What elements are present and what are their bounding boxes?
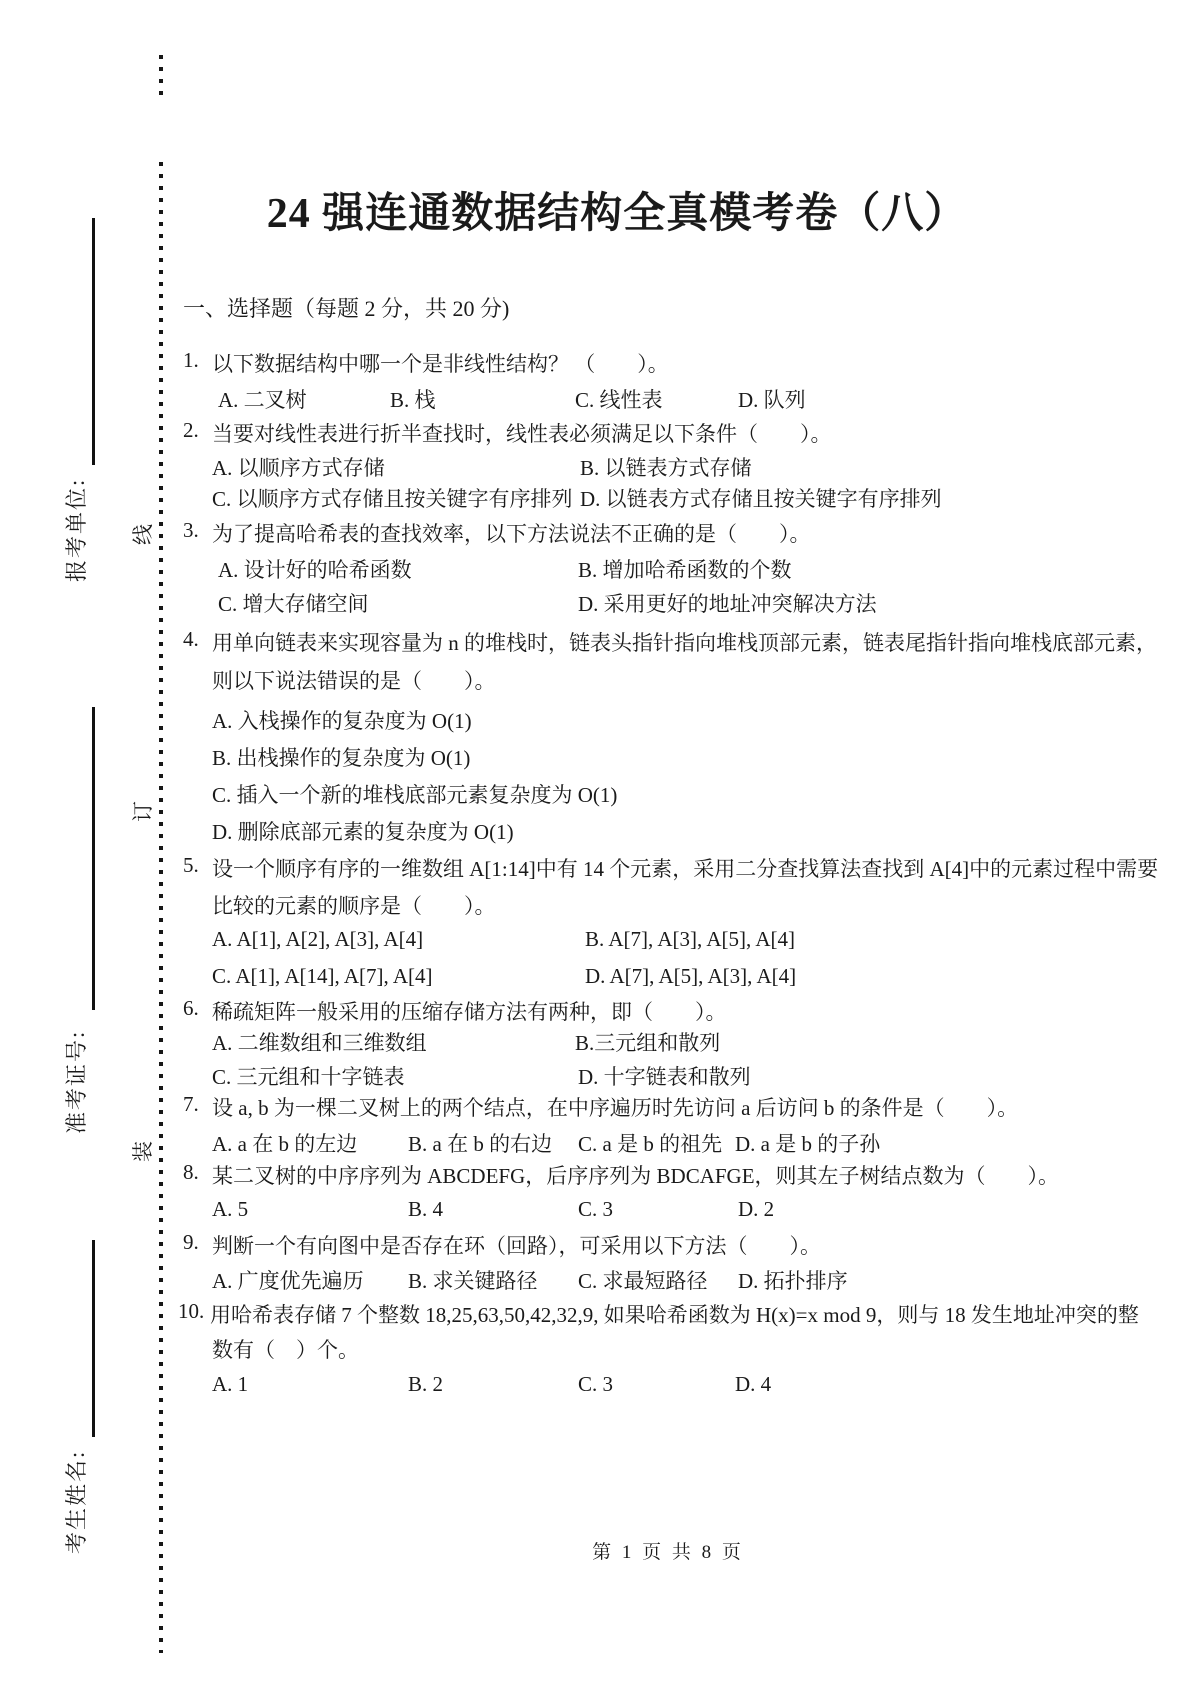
- question-5-line-1: 5.设一个顺序有序的一维数组 A[1:14]中有 14 个元素，采用二分查找算法…: [0, 853, 1190, 883]
- question-4-text: 用单向链表来实现容量为 n 的堆栈时，链表头指针指向堆栈顶部元素，链表尾指针指向…: [212, 627, 1157, 657]
- question-7-option: D. a 是 b 的子孙: [735, 1128, 880, 1158]
- question-4-options-row-1: A. 入栈操作的复杂度为 O(1): [0, 705, 1190, 735]
- question-4-options-row-4: D. 删除底部元素的复杂度为 O(1): [0, 816, 1190, 846]
- perforation-dotted-line-top: [159, 55, 163, 101]
- question-9-option: B. 求关键路径: [408, 1265, 538, 1295]
- question-10-text: 数有（ ）个。: [212, 1334, 359, 1364]
- question-7-option: A. a 在 b 的左边: [212, 1128, 357, 1158]
- question-1-option: C. 线性表: [575, 384, 663, 414]
- question-4-number: 4.: [183, 627, 199, 652]
- question-9-option: A. 广度优先遍历: [212, 1265, 364, 1295]
- question-5-number: 5.: [183, 853, 199, 878]
- question-8-text: 某二叉树的中序序列为 ABCDEFG，后序序列为 BDCAFGE，则其左子树结点…: [212, 1160, 1059, 1190]
- question-2-options-row-2: C. 以顺序方式存储且按关键字有序排列D. 以链表方式存储且按关键字有序排列: [0, 483, 1190, 513]
- question-6-option: C. 三元组和十字链表: [212, 1061, 405, 1091]
- question-6-options-row-1: A. 二维数组和三维数组B.三元组和散列: [0, 1027, 1190, 1057]
- question-4-options-row-3: C. 插入一个新的堆栈底部元素复杂度为 O(1): [0, 779, 1190, 809]
- page-footer: 第 1 页 共 8 页: [0, 1537, 1190, 1564]
- question-5-option: D. A[7], A[5], A[3], A[4]: [585, 964, 796, 989]
- question-1-option: D. 队列: [738, 384, 806, 414]
- question-10-option: A. 1: [212, 1372, 248, 1397]
- question-10-line-1: 10.用哈希表存储 7 个整数 18,25,63,50,42,32,9, 如果哈…: [0, 1299, 1190, 1329]
- question-7-line-1: 7.设 a, b 为一棵二叉树上的两个结点，在中序遍历时先访问 a 后访问 b …: [0, 1092, 1190, 1122]
- question-4-text: 则以下说法错误的是（ ）。: [212, 665, 496, 695]
- exam-paper-page: 报考单位: 准考证号: 考生姓名: 线 订 装 24 强连通数据结构全真模考卷（…: [0, 0, 1190, 1683]
- question-5-line-2: 比较的元素的顺序是（ ）。: [0, 890, 1190, 920]
- question-4-line-2: 则以下说法错误的是（ ）。: [0, 665, 1190, 695]
- question-3-number: 3.: [183, 518, 199, 543]
- question-6-option: D. 十字链表和散列: [578, 1061, 751, 1091]
- question-1-line-1: 1.以下数据结构中哪一个是非线性结构？ （ ）。: [0, 348, 1190, 378]
- question-8-options-row-1: A. 5B. 4C. 3D. 2: [0, 1197, 1190, 1227]
- question-2-option: A. 以顺序方式存储: [212, 452, 385, 482]
- question-10-option: C. 3: [578, 1372, 613, 1397]
- question-2-line-1: 2.当要对线性表进行折半查找时，线性表必须满足以下条件（ ）。: [0, 418, 1190, 448]
- question-9-number: 9.: [183, 1230, 199, 1255]
- question-4-line-1: 4.用单向链表来实现容量为 n 的堆栈时，链表头指针指向堆栈顶部元素，链表尾指针…: [0, 627, 1190, 657]
- question-6-line-1: 6.稀疏矩阵一般采用的压缩存储方法有两种，即（ ）。: [0, 996, 1190, 1026]
- question-3-options-row-2: C. 增大存储空间D. 采用更好的地址冲突解决方法: [0, 588, 1190, 618]
- question-2-option: B. 以链表方式存储: [580, 452, 752, 482]
- question-3-text: 为了提高哈希表的查找效率，以下方法说法不正确的是（ ）。: [212, 518, 811, 548]
- question-6-option: B.三元组和散列: [575, 1027, 720, 1057]
- question-6-options-row-2: C. 三元组和十字链表D. 十字链表和散列: [0, 1061, 1190, 1091]
- question-8-option: A. 5: [212, 1197, 248, 1222]
- question-5-text: 设一个顺序有序的一维数组 A[1:14]中有 14 个元素，采用二分查找算法查找…: [212, 853, 1158, 883]
- question-3-option: D. 采用更好的地址冲突解决方法: [578, 588, 877, 618]
- question-7-number: 7.: [183, 1092, 199, 1117]
- question-8-option: B. 4: [408, 1197, 443, 1222]
- question-1-text: 以下数据结构中哪一个是非线性结构？ （ ）。: [212, 348, 669, 378]
- question-5-option: C. A[1], A[14], A[7], A[4]: [212, 964, 432, 989]
- question-1-option: A. 二叉树: [218, 384, 307, 414]
- question-9-options-row-1: A. 广度优先遍历B. 求关键路径C. 求最短路径D. 拓扑排序: [0, 1265, 1190, 1295]
- question-6-number: 6.: [183, 996, 199, 1021]
- question-4-option: A. 入栈操作的复杂度为 O(1): [212, 705, 472, 735]
- question-2-option: D. 以链表方式存储且按关键字有序排列: [580, 483, 942, 513]
- question-7-text: 设 a, b 为一棵二叉树上的两个结点，在中序遍历时先访问 a 后访问 b 的条…: [212, 1092, 1018, 1122]
- question-2-option: C. 以顺序方式存储且按关键字有序排列: [212, 483, 573, 513]
- question-7-option: C. a 是 b 的祖先: [578, 1128, 722, 1158]
- question-3-option: A. 设计好的哈希函数: [218, 554, 412, 584]
- section-heading: 一、选择题（每题 2 分，共 20 分): [183, 292, 509, 323]
- question-3-option: B. 增加哈希函数的个数: [578, 554, 792, 584]
- question-10-number: 10.: [178, 1299, 204, 1324]
- question-10-line-2: 数有（ ）个。: [0, 1334, 1190, 1364]
- question-9-line-1: 9.判断一个有向图中是否存在环（回路），可采用以下方法（ ）。: [0, 1230, 1190, 1260]
- question-8-line-1: 8.某二叉树的中序序列为 ABCDEFG，后序序列为 BDCAFGE，则其左子树…: [0, 1160, 1190, 1190]
- question-5-text: 比较的元素的顺序是（ ）。: [212, 890, 496, 920]
- question-8-option: C. 3: [578, 1197, 613, 1222]
- question-10-option: D. 4: [735, 1372, 771, 1397]
- question-7-options-row-1: A. a 在 b 的左边B. a 在 b 的右边C. a 是 b 的祖先D. a…: [0, 1128, 1190, 1158]
- question-3-option: C. 增大存储空间: [218, 588, 369, 618]
- question-1-option: B. 栈: [390, 384, 436, 414]
- question-3-options-row-1: A. 设计好的哈希函数B. 增加哈希函数的个数: [0, 554, 1190, 584]
- question-10-option: B. 2: [408, 1372, 443, 1397]
- question-8-option: D. 2: [738, 1197, 774, 1222]
- question-2-options-row-1: A. 以顺序方式存储B. 以链表方式存储: [0, 452, 1190, 482]
- page-title: 24 强连通数据结构全真模考卷（八）: [0, 180, 1190, 240]
- question-10-options-row-1: A. 1B. 2C. 3D. 4: [0, 1372, 1190, 1402]
- question-5-option: B. A[7], A[3], A[5], A[4]: [585, 927, 795, 952]
- question-9-option: D. 拓扑排序: [738, 1265, 848, 1295]
- question-2-text: 当要对线性表进行折半查找时，线性表必须满足以下条件（ ）。: [212, 418, 832, 448]
- question-2-number: 2.: [183, 418, 199, 443]
- question-6-text: 稀疏矩阵一般采用的压缩存储方法有两种，即（ ）。: [212, 996, 727, 1026]
- question-9-text: 判断一个有向图中是否存在环（回路），可采用以下方法（ ）。: [212, 1230, 821, 1260]
- question-4-options-row-2: B. 出栈操作的复杂度为 O(1): [0, 742, 1190, 772]
- question-5-options-row-2: C. A[1], A[14], A[7], A[4]D. A[7], A[5],…: [0, 964, 1190, 994]
- question-8-number: 8.: [183, 1160, 199, 1185]
- question-5-options-row-1: A. A[1], A[2], A[3], A[4]B. A[7], A[3], …: [0, 927, 1190, 957]
- question-4-option: C. 插入一个新的堆栈底部元素复杂度为 O(1): [212, 779, 617, 809]
- question-9-option: C. 求最短路径: [578, 1265, 708, 1295]
- question-7-option: B. a 在 b 的右边: [408, 1128, 552, 1158]
- question-4-option: D. 删除底部元素的复杂度为 O(1): [212, 816, 514, 846]
- question-5-option: A. A[1], A[2], A[3], A[4]: [212, 927, 423, 952]
- question-3-line-1: 3.为了提高哈希表的查找效率，以下方法说法不正确的是（ ）。: [0, 518, 1190, 548]
- question-1-number: 1.: [183, 348, 199, 373]
- question-4-option: B. 出栈操作的复杂度为 O(1): [212, 742, 470, 772]
- question-6-option: A. 二维数组和三维数组: [212, 1027, 427, 1057]
- question-1-options-row-1: A. 二叉树B. 栈C. 线性表D. 队列: [0, 384, 1190, 414]
- question-10-text: 用哈希表存储 7 个整数 18,25,63,50,42,32,9, 如果哈希函数…: [210, 1299, 1139, 1329]
